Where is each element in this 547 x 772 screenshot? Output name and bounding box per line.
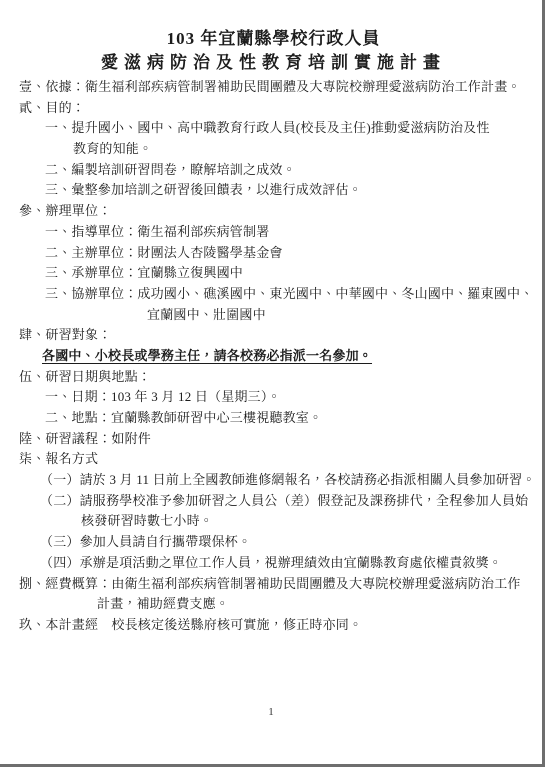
document-page: 103 年宜蘭縣學校行政人員 愛滋病防治及性教育培訓實施計畫 壹、依據：衛生福利… (0, 0, 547, 772)
doc-line: 教育的知能。 (0, 139, 547, 160)
doc-line: 三、彙整參加培訓之研習後回饋表，以進行成效評估。 (0, 180, 547, 201)
doc-line: 二、主辦單位：財團法人杏陵醫學基金會 (0, 243, 547, 264)
doc-line: 宜蘭國中、壯圍國中 (0, 305, 547, 326)
doc-line: 計畫，補助經費支應。 (0, 594, 547, 615)
doc-line: 參、辦理單位： (0, 201, 547, 222)
doc-line: 貳、目的： (0, 98, 547, 119)
doc-line: 三、承辦單位：宜蘭縣立復興國中 (0, 263, 547, 284)
document-title-block: 103 年宜蘭縣學校行政人員 愛滋病防治及性教育培訓實施計畫 (0, 0, 547, 75)
doc-line: （一）請於 3 月 11 日前上全國教師進修網報名，各校請務必指派相關人員參加研… (0, 470, 547, 491)
document-title-line2: 愛滋病防治及性教育培訓實施計畫 (0, 51, 547, 75)
doc-line: 二、地點：宜蘭縣教師研習中心三樓視聽教室。 (0, 408, 547, 429)
doc-line: 伍、研習日期與地點： (0, 367, 547, 388)
doc-line: （三）參加人員請自行攜帶環保杯。 (0, 532, 547, 553)
doc-line: 一、指導單位：衛生福利部疾病管制署 (0, 222, 547, 243)
doc-line: 各國中、小校長或學務主任，請各校務必指派一名參加。 (0, 346, 547, 367)
document-title-line1: 103 年宜蘭縣學校行政人員 (0, 27, 547, 51)
doc-line: 玖、本計畫經 校長核定後送縣府核可實施，修正時亦同。 (0, 615, 547, 636)
doc-line: 肆、研習對象： (0, 325, 547, 346)
doc-line: （二）請服務學校准予參加研習之人員公（差）假登記及課務排代，全程參加人員始 (0, 491, 547, 512)
document-body: 壹、依據：衛生福利部疾病管制署補助民間團體及大專院校辦理愛滋病防治工作計畫。貳、… (0, 77, 547, 636)
doc-line: 一、日期：103 年 3 月 12 日（星期三）。 (0, 387, 547, 408)
doc-line: 三、協辦單位：成功國小、礁溪國中、東光國中、中華國中、冬山國中、羅東國中、 (0, 284, 547, 305)
doc-line: 壹、依據：衛生福利部疾病管制署補助民間團體及大專院校辦理愛滋病防治工作計畫。 (0, 77, 547, 98)
doc-line: （四）承辦是項活動之單位工作人員，視辦理績效由宜蘭縣教育處依權責敘獎。 (0, 553, 547, 574)
page-number: 1 (0, 706, 542, 718)
doc-line: 二、編製培訓研習問卷，瞭解培訓之成效。 (0, 160, 547, 181)
doc-line: 一、提升國小、國中、高中職教育行政人員(校長及主任)推動愛滋病防治及性 (0, 118, 547, 139)
doc-line: 捌、經費概算：由衛生福利部疾病管制署補助民間團體及大專院校辦理愛滋病防治工作 (0, 574, 547, 595)
doc-line: 陸、研習議程：如附件 (0, 429, 547, 450)
doc-line: 柒、報名方式 (0, 449, 547, 470)
doc-line: 核發研習時數七小時。 (0, 511, 547, 532)
